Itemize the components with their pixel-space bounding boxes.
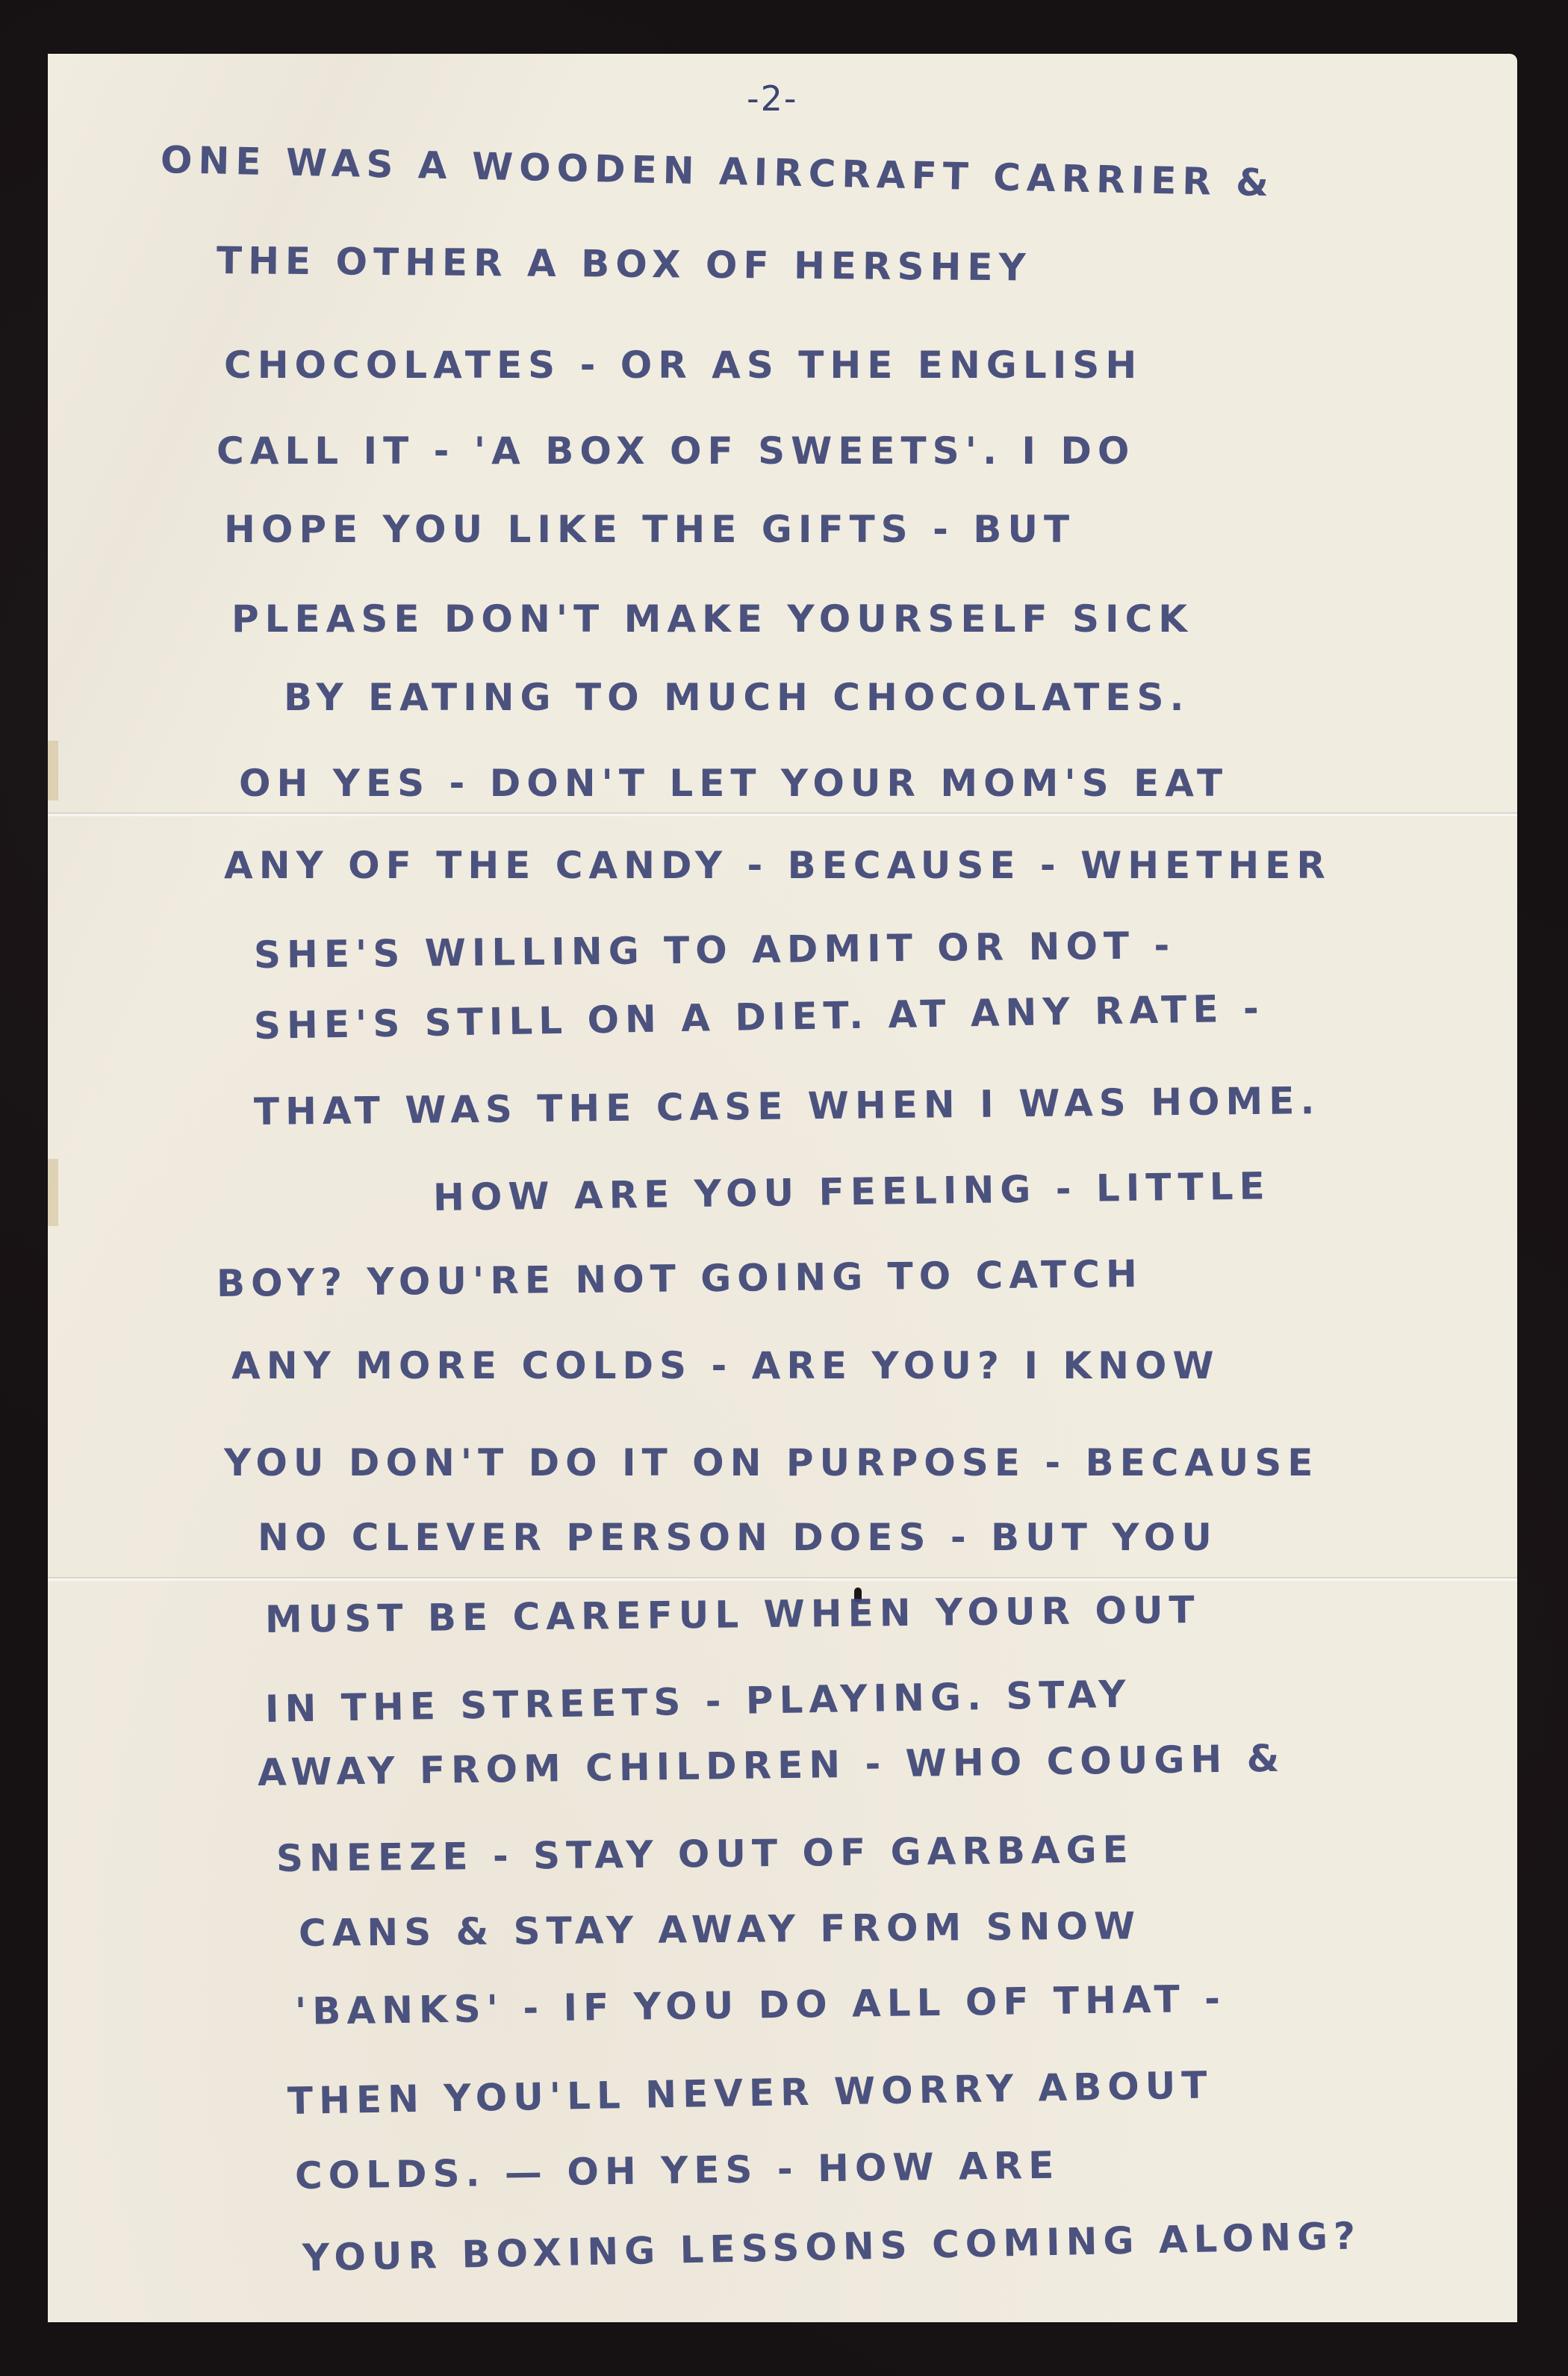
page-number: -2- [747,78,797,119]
letter-line: no clever person does - but you [258,1516,1218,1559]
letter-line: please don't make yourself sick [231,597,1193,641]
letter-line: call it - 'a box of sweets'. I do [217,429,1135,473]
letter-line: sneeze - stay out of garbage [276,1828,1134,1880]
letter-line: the other a box of Hershey [217,239,1032,290]
edge-stain [48,741,58,800]
letter-line: you don't do it on purpose - because [224,1441,1319,1484]
letter-line: cans & stay away from snow [299,1904,1142,1955]
fold-crease-upper [48,812,1517,817]
letter-line: Oh yes - don't let your mom's eat [239,762,1228,805]
edge-stain [48,1159,58,1226]
fold-crease-lower [48,1577,1517,1582]
letter-line: chocolates - or as the English [224,343,1142,387]
letter-line: any of the candy - because - whether [224,844,1331,887]
letter-line: by eating to much chocolates. [284,676,1189,719]
letter-line: hope you like the gifts - but [224,508,1075,551]
letter-line: any more colds - are you? I know [231,1344,1220,1387]
